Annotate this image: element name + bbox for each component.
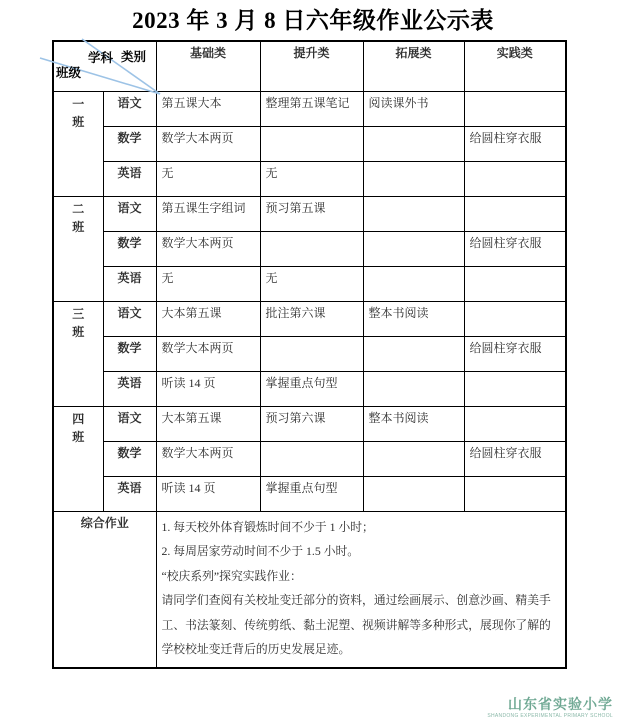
class-label: 二班 [71,200,85,236]
homework-cell: 数学大本两页 [156,126,260,161]
homework-cell [260,231,363,266]
column-header-extension: 拓展类 [363,41,464,91]
homework-cell [260,336,363,371]
table-row: 英语 无 无 [53,161,566,196]
homework-cell [464,266,566,301]
school-logo-english: SHANDONG EXPERIMENTAL PRIMARY SCHOOL [487,714,613,719]
homework-cell [260,441,363,476]
homework-cell: 给圆柱穿衣服 [464,441,566,476]
homework-cell [363,336,464,371]
table-row: 二班 语文 第五课生字组词 预习第五课 [53,196,566,231]
homework-cell [363,231,464,266]
homework-cell [464,301,566,336]
homework-cell: 给圆柱穿衣服 [464,336,566,371]
homework-cell: 听读 14 页 [156,476,260,511]
homework-cell: 无 [260,266,363,301]
subject-label: 数学 [103,231,156,266]
table-row: 数学 数学大本两页 给圆柱穿衣服 [53,231,566,266]
homework-cell: 第五课生字组词 [156,196,260,231]
table-header-row: 学科 类别 班级 基础类 提升类 拓展类 实践类 [53,41,566,91]
table-row: 三班 语文 大本第五课 批注第六课 整本书阅读 [53,301,566,336]
summary-line: 2. 每周居家劳动时间不少于 1.5 小时。 [162,539,561,564]
homework-cell: 给圆柱穿衣服 [464,231,566,266]
homework-cell [363,441,464,476]
table-row: 一班 语文 第五课大本 整理第五课笔记 阅读课外书 [53,91,566,126]
homework-cell: 无 [260,161,363,196]
homework-cell [363,266,464,301]
class-label: 四班 [71,410,85,446]
homework-cell: 数学大本两页 [156,336,260,371]
homework-cell [464,196,566,231]
homework-cell: 大本第五课 [156,301,260,336]
class-label-cell: 一班 [53,91,103,196]
homework-cell: 阅读课外书 [363,91,464,126]
homework-cell: 大本第五课 [156,406,260,441]
homework-cell [464,91,566,126]
class-label-cell: 四班 [53,406,103,511]
table-row: 四班 语文 大本第五课 预习第六课 整本书阅读 [53,406,566,441]
summary-row: 综合作业 1. 每天校外体育锻炼时间不少于 1 小时； 2. 每周居家劳动时间不… [53,511,566,668]
subject-label: 语文 [103,91,156,126]
table-row: 数学 数学大本两页 给圆柱穿衣服 [53,336,566,371]
subject-label: 英语 [103,476,156,511]
corner-label-class: 班级 [56,65,81,82]
homework-cell: 整本书阅读 [363,406,464,441]
homework-cell: 数学大本两页 [156,441,260,476]
homework-cell [363,161,464,196]
diagonal-header-cell: 学科 类别 班级 [53,41,156,91]
subject-label: 数学 [103,126,156,161]
summary-line: 请同学们查阅有关校址变迁部分的资料，通过绘画展示、创意沙画、精美手工、书法篆刻、… [162,588,561,662]
class-label: 一班 [71,95,85,131]
subject-label: 英语 [103,371,156,406]
summary-line: “校庆系列”探究实践作业： [162,564,561,589]
homework-cell: 批注第六课 [260,301,363,336]
summary-label: 综合作业 [53,511,156,668]
homework-cell [363,196,464,231]
corner-label-subject: 学科 [88,50,113,67]
homework-cell [464,371,566,406]
class-label: 三班 [71,305,85,341]
column-header-basic: 基础类 [156,41,260,91]
homework-cell: 整理第五课笔记 [260,91,363,126]
subject-label: 语文 [103,406,156,441]
homework-cell [464,476,566,511]
summary-line: 1. 每天校外体育锻炼时间不少于 1 小时； [162,515,561,540]
homework-cell: 预习第六课 [260,406,363,441]
homework-cell: 无 [156,266,260,301]
homework-cell: 给圆柱穿衣服 [464,126,566,161]
document-page: 2023 年 3 月 8 日六年级作业公示表 学科 类别 班级 基础类 提升类 … [0,0,626,725]
homework-cell: 预习第五课 [260,196,363,231]
subject-label: 英语 [103,161,156,196]
homework-cell [363,126,464,161]
homework-table: 学科 类别 班级 基础类 提升类 拓展类 实践类 一班 语文 第五课大本 整理第… [52,40,567,669]
subject-label: 数学 [103,336,156,371]
table-row: 英语 听读 14 页 掌握重点句型 [53,371,566,406]
homework-cell: 数学大本两页 [156,231,260,266]
school-logo: 山东省实验小学 SHANDONG EXPERIMENTAL PRIMARY SC… [487,699,613,719]
homework-cell: 掌握重点句型 [260,476,363,511]
school-logo-chinese: 山东省实验小学 [487,699,613,713]
table-row: 英语 听读 14 页 掌握重点句型 [53,476,566,511]
homework-cell [464,406,566,441]
homework-cell: 第五课大本 [156,91,260,126]
corner-label-category: 类别 [121,49,146,66]
column-header-practice: 实践类 [464,41,566,91]
column-header-improve: 提升类 [260,41,363,91]
class-label-cell: 二班 [53,196,103,301]
homework-cell [363,476,464,511]
table-row: 数学 数学大本两页 给圆柱穿衣服 [53,441,566,476]
subject-label: 语文 [103,301,156,336]
class-label-cell: 三班 [53,301,103,406]
subject-label: 数学 [103,441,156,476]
homework-cell [260,126,363,161]
homework-cell [464,161,566,196]
subject-label: 语文 [103,196,156,231]
homework-cell [363,371,464,406]
table-row: 数学 数学大本两页 给圆柱穿衣服 [53,126,566,161]
subject-label: 英语 [103,266,156,301]
table-row: 英语 无 无 [53,266,566,301]
summary-body: 1. 每天校外体育锻炼时间不少于 1 小时； 2. 每周居家劳动时间不少于 1.… [156,511,566,668]
homework-cell: 掌握重点句型 [260,371,363,406]
homework-cell: 整本书阅读 [363,301,464,336]
page-title: 2023 年 3 月 8 日六年级作业公示表 [0,2,626,35]
homework-cell: 听读 14 页 [156,371,260,406]
homework-cell: 无 [156,161,260,196]
